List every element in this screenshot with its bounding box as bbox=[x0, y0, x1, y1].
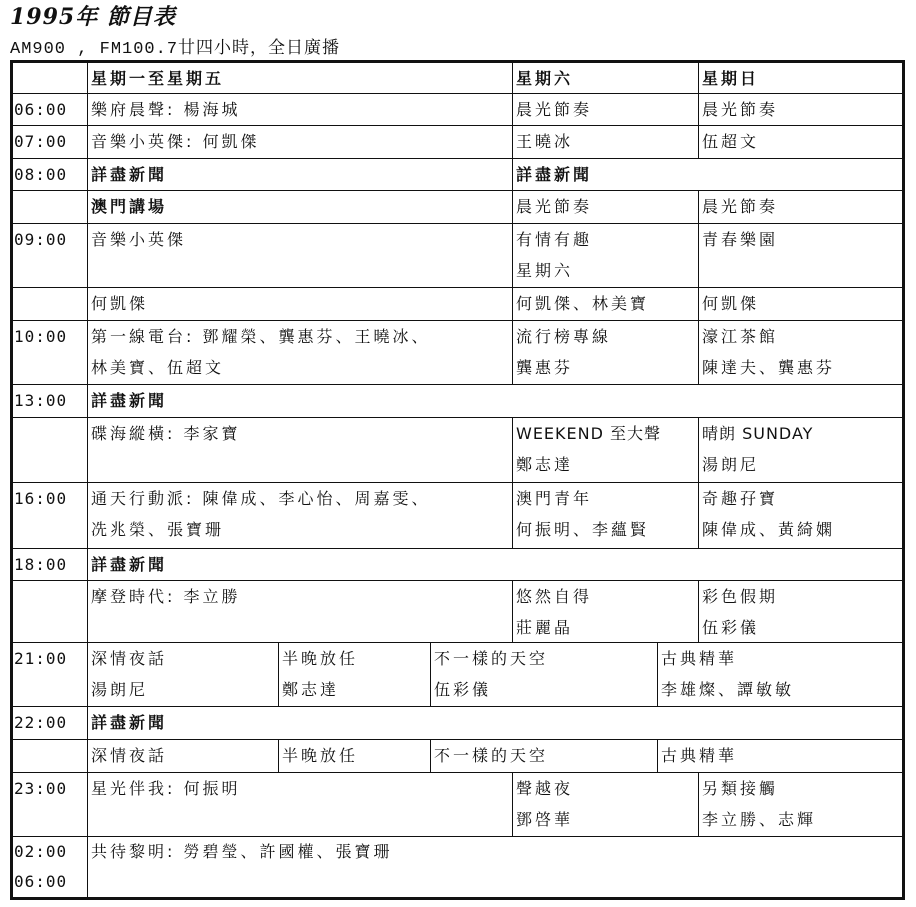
time-label: 16:00 bbox=[14, 483, 87, 514]
host-label: 李立勝、志輝 bbox=[702, 804, 902, 835]
program-cell: 晨光節奏 bbox=[513, 191, 699, 224]
program-cell: 古典精華李雄燦、譚敏敏 bbox=[658, 643, 902, 707]
program-label: 晨光節奏 bbox=[516, 191, 698, 222]
header-saturday: 星期六 bbox=[513, 63, 699, 94]
program-label: 詳盡新聞 bbox=[91, 159, 512, 190]
header-weekday: 星期一至星期五 bbox=[88, 63, 513, 94]
time-label: 08:00 bbox=[14, 159, 87, 190]
program-label: 古典精華 bbox=[661, 643, 902, 674]
host-label: 鄧啓華 bbox=[516, 804, 698, 835]
program-label: 澳門青年 bbox=[516, 483, 698, 514]
time-cell bbox=[13, 191, 88, 224]
program-cell: 樂府晨聲: 楊海城 bbox=[88, 94, 513, 126]
program-label: 半晚放任 bbox=[282, 740, 430, 771]
host-cell: 何凱傑、林美寶 bbox=[513, 288, 699, 321]
program-cell: 奇趣孖寶陳偉成、黃綺嫻 bbox=[699, 483, 902, 549]
program-label: 星期六 bbox=[516, 255, 698, 286]
program-cell: 深情夜話 bbox=[88, 740, 279, 773]
program-cell: WEEKEND 至大聲鄭志達 bbox=[513, 418, 699, 483]
program-label: 濠江茶館 bbox=[702, 321, 902, 352]
program-label: 流行榜專線 bbox=[516, 321, 698, 352]
program-cell: 第一線電台: 鄧耀榮、龔惠芬、王曉冰、林美寶、伍超文 bbox=[88, 321, 513, 385]
host-label: 鄭志達 bbox=[282, 674, 430, 705]
time-label: 23:00 bbox=[14, 773, 87, 804]
time-cell: 16:00 bbox=[13, 483, 88, 549]
time-label: 06:00 bbox=[14, 94, 87, 125]
program-label: 第一線電台: 鄧耀榮、龔惠芬、王曉冰、 bbox=[91, 321, 512, 352]
time-cell: 06:00 bbox=[13, 94, 88, 126]
host-label: 湯朗尼 bbox=[91, 674, 278, 705]
time-label bbox=[14, 191, 87, 222]
header-weekday-label: 星期一至星期五 bbox=[91, 63, 512, 94]
program-cell: 碟海縱橫: 李家寶 bbox=[88, 418, 513, 483]
host-label: 李雄燦、譚敏敏 bbox=[661, 674, 902, 705]
header-time-cell bbox=[13, 63, 88, 94]
program-label: 青春樂園 bbox=[702, 224, 902, 255]
program-cell: 摩登時代: 李立勝 bbox=[88, 581, 513, 643]
program-cell: 晴朗 SUNDAY湯朗尼 bbox=[699, 418, 902, 483]
time-cell bbox=[13, 581, 88, 643]
program-label: 深情夜話 bbox=[91, 643, 278, 674]
program-cell: 彩色假期伍彩儀 bbox=[699, 581, 902, 643]
host-label: 伍彩儀 bbox=[434, 674, 657, 705]
time-cell: 23:00 bbox=[13, 773, 88, 837]
time-label bbox=[14, 288, 87, 319]
header-sunday-label: 星期日 bbox=[702, 63, 902, 94]
schedule-table: 星期一至星期五 星期六 星期日 06:00 樂府晨聲: 楊海城 晨光節奏 晨光節… bbox=[10, 60, 905, 900]
program-label: 奇趣孖寶 bbox=[702, 483, 902, 514]
time-cell: 08:00 bbox=[13, 159, 88, 191]
program-cell: 晨光節奏 bbox=[513, 94, 699, 126]
program-cell: 古典精華 bbox=[658, 740, 902, 773]
time-cell: 02:0006:00 bbox=[13, 837, 88, 897]
program-cell: 王曉冰 bbox=[513, 126, 699, 159]
program-label: 摩登時代: 李立勝 bbox=[91, 581, 512, 612]
program-label: 碟海縱橫: 李家寶 bbox=[91, 418, 512, 449]
time-label: 07:00 bbox=[14, 126, 87, 157]
host-cell: 何凱傑 bbox=[699, 288, 902, 321]
header-saturday-label: 星期六 bbox=[516, 63, 698, 94]
time-label: 02:00 bbox=[14, 837, 87, 867]
time-cell bbox=[13, 418, 88, 483]
program-label: 晨光節奏 bbox=[516, 94, 698, 125]
program-cell: 澳門講場 bbox=[88, 191, 513, 224]
program-label: 半晚放任 bbox=[282, 643, 430, 674]
program-label: 有情有趣 bbox=[516, 224, 698, 255]
program-cell: 晨光節奏 bbox=[699, 94, 902, 126]
program-label: 詳盡新聞 bbox=[91, 707, 902, 738]
program-cell: 音樂小英傑 bbox=[88, 224, 513, 288]
host-label: 何凱傑 bbox=[702, 288, 902, 319]
program-label: 晴朗 SUNDAY bbox=[702, 418, 902, 449]
program-label: 詳盡新聞 bbox=[91, 385, 902, 416]
program-label: 音樂小英傑: 何凱傑 bbox=[91, 126, 512, 157]
host-label: 何凱傑、林美寶 bbox=[516, 288, 698, 319]
time-label: 21:00 bbox=[14, 643, 87, 674]
program-cell: 濠江茶館陳達夫、龔惠芬 bbox=[699, 321, 902, 385]
program-label: 另類接觸 bbox=[702, 773, 902, 804]
program-label: 詳盡新聞 bbox=[91, 549, 902, 580]
host-label: 林美寶、伍超文 bbox=[91, 352, 512, 383]
time-cell bbox=[13, 740, 88, 773]
program-label: 聲越夜 bbox=[516, 773, 698, 804]
time-label: 22:00 bbox=[14, 707, 87, 738]
program-label: 彩色假期 bbox=[702, 581, 902, 612]
time-cell: 22:00 bbox=[13, 707, 88, 740]
time-end-label: 06:00 bbox=[14, 867, 87, 897]
header-sunday: 星期日 bbox=[699, 63, 902, 94]
program-label: 王曉冰 bbox=[516, 126, 698, 157]
news-cell: 詳盡新聞 bbox=[88, 385, 902, 418]
host-label: 鄭志達 bbox=[516, 449, 698, 480]
time-cell: 21:00 bbox=[13, 643, 88, 707]
host-label: 伍彩儀 bbox=[702, 612, 902, 643]
news-cell: 詳盡新聞 bbox=[513, 159, 902, 191]
program-cell: 流行榜專線龔惠芬 bbox=[513, 321, 699, 385]
host-label: 莊麗晶 bbox=[516, 612, 698, 643]
program-cell: 通天行動派: 陳偉成、李心怡、周嘉雯、冼兆榮、張寶珊 bbox=[88, 483, 513, 549]
host-label: 陳偉成、黃綺嫻 bbox=[702, 514, 902, 545]
program-cell: 另類接觸李立勝、志輝 bbox=[699, 773, 902, 837]
time-cell: 10:00 bbox=[13, 321, 88, 385]
time-label bbox=[14, 581, 87, 612]
host-cell: 何凱傑 bbox=[88, 288, 513, 321]
program-cell: 澳門青年何振明、李蘊賢 bbox=[513, 483, 699, 549]
time-label: 10:00 bbox=[14, 321, 87, 352]
time-label bbox=[14, 740, 87, 771]
program-label: 晨光節奏 bbox=[702, 191, 902, 222]
program-cell: 半晚放任 bbox=[279, 740, 431, 773]
program-cell: 不一樣的天空 bbox=[431, 740, 658, 773]
program-label: 樂府晨聲: 楊海城 bbox=[91, 94, 512, 125]
time-cell: 13:00 bbox=[13, 385, 88, 418]
host-label: 何凱傑 bbox=[91, 288, 512, 319]
program-cell: 不一樣的天空伍彩儀 bbox=[431, 643, 658, 707]
program-label: 詳盡新聞 bbox=[516, 159, 902, 190]
program-label: 深情夜話 bbox=[91, 740, 278, 771]
program-label: 伍超文 bbox=[702, 126, 902, 157]
host-label: 湯朗尼 bbox=[702, 449, 902, 480]
program-label: 通天行動派: 陳偉成、李心怡、周嘉雯、 bbox=[91, 483, 512, 514]
program-cell: 共待黎明: 勞碧瑩、許國權、張寶珊 bbox=[88, 837, 902, 897]
time-cell: 07:00 bbox=[13, 126, 88, 159]
program-cell: 悠然自得莊麗晶 bbox=[513, 581, 699, 643]
program-label: 古典精華 bbox=[661, 740, 902, 771]
program-cell: 聲越夜鄧啓華 bbox=[513, 773, 699, 837]
news-cell: 詳盡新聞 bbox=[88, 549, 902, 581]
time-label: 13:00 bbox=[14, 385, 87, 416]
host-label: 陳達夫、龔惠芬 bbox=[702, 352, 902, 383]
program-label: 晨光節奏 bbox=[702, 94, 902, 125]
program-cell: 晨光節奏 bbox=[699, 191, 902, 224]
host-label: 冼兆榮、張寶珊 bbox=[91, 514, 512, 545]
program-cell: 有情有趣星期六 bbox=[513, 224, 699, 288]
program-label: 共待黎明: 勞碧瑩、許國權、張寶珊 bbox=[91, 837, 902, 867]
document-title: 1995年 節目表 bbox=[10, 0, 176, 31]
program-label: 不一樣的天空 bbox=[434, 643, 657, 674]
program-label: WEEKEND 至大聲 bbox=[516, 418, 698, 449]
news-cell: 詳盡新聞 bbox=[88, 159, 513, 191]
host-label: 龔惠芬 bbox=[516, 352, 698, 383]
host-label: 何振明、李蘊賢 bbox=[516, 514, 698, 545]
program-cell: 音樂小英傑: 何凱傑 bbox=[88, 126, 513, 159]
time-cell: 18:00 bbox=[13, 549, 88, 581]
document-subtitle: AM900 , FM100.7廿四小時，全日廣播 bbox=[10, 33, 340, 59]
time-label: 18:00 bbox=[14, 549, 87, 580]
news-cell: 詳盡新聞 bbox=[88, 707, 902, 740]
program-label: 悠然自得 bbox=[516, 581, 698, 612]
program-label: 澳門講場 bbox=[91, 191, 512, 222]
time-cell: 09:00 bbox=[13, 224, 88, 288]
program-label: 音樂小英傑 bbox=[91, 224, 512, 255]
program-cell: 半晚放任鄭志達 bbox=[279, 643, 431, 707]
program-cell: 星光伴我: 何振明 bbox=[88, 773, 513, 837]
program-cell: 青春樂園 bbox=[699, 224, 902, 288]
program-label: 不一樣的天空 bbox=[434, 740, 657, 771]
program-label: 星光伴我: 何振明 bbox=[91, 773, 512, 804]
program-cell: 深情夜話湯朗尼 bbox=[88, 643, 279, 707]
program-cell: 伍超文 bbox=[699, 126, 902, 159]
time-label: 09:00 bbox=[14, 224, 87, 255]
time-cell bbox=[13, 288, 88, 321]
time-label bbox=[14, 418, 87, 449]
